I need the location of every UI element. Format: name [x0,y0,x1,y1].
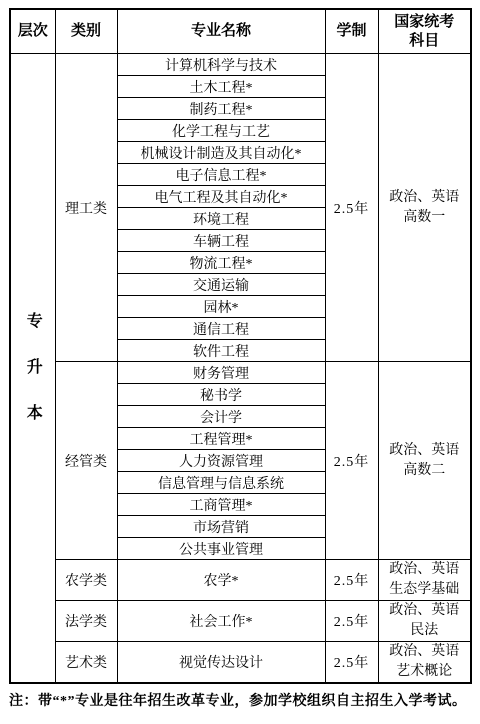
header-level: 层次 [10,9,55,54]
major-cell: 物流工程* [117,252,325,274]
major-cell: 环境工程 [117,208,325,230]
major-cell: 秘书学 [117,384,325,406]
major-cell: 工程管理* [117,428,325,450]
major-cell: 农学* [117,560,325,601]
table-row: 艺术类 视觉传达设计 2.5年 政治、英语 艺术概论 [10,642,471,684]
table-row: 法学类 社会工作* 2.5年 政治、英语 民法 [10,601,471,642]
major-cell: 公共事业管理 [117,538,325,560]
major-cell: 工商管理* [117,494,325,516]
category-cell-art: 艺术类 [55,642,117,684]
category-cell-law: 法学类 [55,601,117,642]
major-cell: 机械设计制造及其自动化* [117,142,325,164]
category-cell-management: 经管类 [55,362,117,560]
major-cell: 电气工程及其自动化* [117,186,325,208]
major-cell: 软件工程 [117,340,325,362]
category-cell-agriculture: 农学类 [55,560,117,601]
exam-subjects-cell: 政治、英语 高数二 [378,362,471,560]
major-cell: 信息管理与信息系统 [117,472,325,494]
major-cell: 制药工程* [117,98,325,120]
exam-subjects-cell: 政治、英语 生态学基础 [378,560,471,601]
duration-cell: 2.5年 [325,54,378,362]
level-cell: 专升本 [10,54,55,684]
major-cell: 土木工程* [117,76,325,98]
table-row: 经管类 财务管理 2.5年 政治、英语 高数二 [10,362,471,384]
category-cell-science: 理工类 [55,54,117,362]
table-row: 专升本 理工类 计算机科学与技术 2.5年 政治、英语 高数一 [10,54,471,76]
major-cell: 化学工程与工艺 [117,120,325,142]
header-category: 类别 [55,9,117,54]
header-row: 层次 类别 专业名称 学制 国家统考科目 [10,9,471,54]
exam-subjects-cell: 政治、英语 高数一 [378,54,471,362]
major-cell: 交通运输 [117,274,325,296]
duration-cell: 2.5年 [325,362,378,560]
major-cell: 市场营销 [117,516,325,538]
major-cell: 人力资源管理 [117,450,325,472]
table-row: 农学类 农学* 2.5年 政治、英语 生态学基础 [10,560,471,601]
header-duration: 学制 [325,9,378,54]
admission-table: 层次 类别 专业名称 学制 国家统考科目 专升本 理工类 计算机科学与技术 2.… [9,8,472,684]
exam-subjects-cell: 政治、英语 艺术概论 [378,642,471,684]
major-cell: 会计学 [117,406,325,428]
exam-subjects-cell: 政治、英语 民法 [378,601,471,642]
footnote: 注：带“*”专业是往年招生改革专业，参加学校组织自主招生入学考试。 [9,690,480,710]
major-cell: 社会工作* [117,601,325,642]
major-cell: 电子信息工程* [117,164,325,186]
major-cell: 车辆工程 [117,230,325,252]
header-exam: 国家统考科目 [378,9,471,54]
major-cell: 视觉传达设计 [117,642,325,684]
duration-cell: 2.5年 [325,601,378,642]
level-label: 专升本 [21,312,44,450]
major-cell: 财务管理 [117,362,325,384]
major-cell: 通信工程 [117,318,325,340]
major-cell: 计算机科学与技术 [117,54,325,76]
header-major: 专业名称 [117,9,325,54]
page: 层次 类别 专业名称 学制 国家统考科目 专升本 理工类 计算机科学与技术 2.… [0,0,480,724]
duration-cell: 2.5年 [325,642,378,684]
duration-cell: 2.5年 [325,560,378,601]
major-cell: 园林* [117,296,325,318]
header-exam-label: 国家统考科目 [392,13,456,51]
